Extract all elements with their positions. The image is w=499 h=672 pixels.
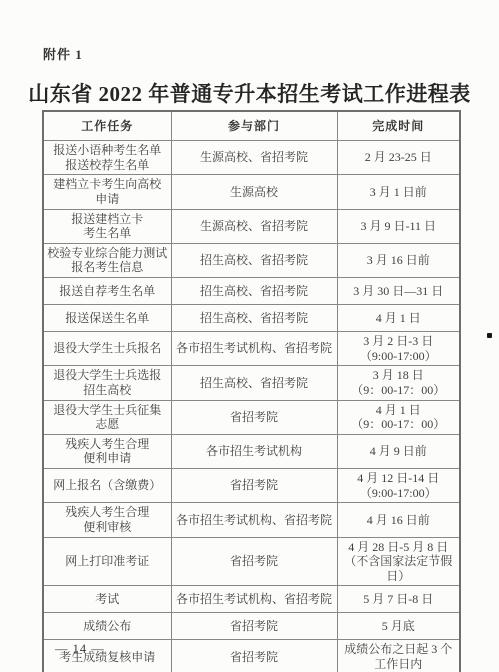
table-row: 建档立卡考生向高校 申请生源高校3 月 1 日前 <box>43 175 460 209</box>
task-cell: 成绩公布 <box>43 613 171 640</box>
table-row: 考试各市招生考试机构、省招考院5 月 7 日-8 日 <box>43 586 460 613</box>
time-cell: 3 月 9 日-11 日 <box>337 209 460 243</box>
task-cell: 退役大学生士兵选报 招生高校 <box>43 366 171 400</box>
table-row: 退役大学生士兵报名各市招生考试机构、省招考院3 月 2 日-3 日 （9:00-… <box>43 332 460 366</box>
department-cell: 生源高校、省招考院 <box>171 141 337 175</box>
department-cell: 生源高校 <box>171 175 337 209</box>
task-cell: 校验专业综合能力测试 报名考生信息 <box>43 243 171 277</box>
task-cell: 报送保送生名单 <box>43 305 171 332</box>
department-cell: 省招考院 <box>171 469 337 503</box>
time-cell: 4 月 1 日 <box>337 305 460 332</box>
time-cell: 4 月 1 日 （9：00-17：00） <box>337 400 460 434</box>
time-cell: 4 月 9 日前 <box>337 434 460 468</box>
time-cell: 4 月 12 日-14 日 （9:00-17:00） <box>337 469 460 503</box>
department-cell: 各市招生考试机构、省招考院 <box>171 503 337 537</box>
table-header-row: 工作任务 参与部门 完成时间 <box>43 111 460 141</box>
task-cell: 网上打印准考证 <box>43 537 171 586</box>
header-task: 工作任务 <box>43 111 171 141</box>
time-cell: 4 月 28 日-5 月 8 日 （不含国家法定节假 日） <box>337 537 460 586</box>
department-cell: 省招考院 <box>171 640 337 672</box>
header-department: 参与部门 <box>171 111 337 141</box>
header-time: 完成时间 <box>337 111 460 141</box>
time-cell: 3 月 16 日前 <box>337 243 460 277</box>
task-cell: 建档立卡考生向高校 申请 <box>43 175 171 209</box>
time-cell: 5 月底 <box>337 613 460 640</box>
time-cell: 4 月 16 日前 <box>337 503 460 537</box>
table-row: 报送保送生名单招生高校、省招考院4 月 1 日 <box>43 305 460 332</box>
task-cell: 报送建档立卡 考生名单 <box>43 209 171 243</box>
page-number: — 14 — <box>55 642 105 657</box>
time-cell: 2 月 23-25 日 <box>337 141 460 175</box>
table-row: 残疾人考生合理 便利审核各市招生考试机构、省招考院4 月 16 日前 <box>43 503 460 537</box>
ink-dot <box>487 333 492 338</box>
table-row: 考生成绩复核申请省招考院成绩公布之日起 3 个 工作日内 <box>43 640 460 672</box>
task-cell: 报送小语种考生名单 报送校荐生名单 <box>43 141 171 175</box>
department-cell: 省招考院 <box>171 400 337 434</box>
department-cell: 招生高校、省招考院 <box>171 278 337 305</box>
table-row: 报送自荐考生名单招生高校、省招考院3 月 30 日—31 日 <box>43 278 460 305</box>
table-row: 报送小语种考生名单 报送校荐生名单生源高校、省招考院2 月 23-25 日 <box>43 141 460 175</box>
time-cell: 5 月 7 日-8 日 <box>337 586 460 613</box>
time-cell: 3 月 2 日-3 日 （9:00-17:00） <box>337 332 460 366</box>
table-row: 成绩公布省招考院5 月底 <box>43 613 460 640</box>
schedule-table: 工作任务 参与部门 完成时间 报送小语种考生名单 报送校荐生名单生源高校、省招考… <box>42 110 461 672</box>
department-cell: 招生高校、省招考院 <box>171 305 337 332</box>
task-cell: 考试 <box>43 586 171 613</box>
task-cell: 网上报名（含缴费） <box>43 469 171 503</box>
time-cell: 3 月 18 日 （9：00-17：00） <box>337 366 460 400</box>
department-cell: 省招考院 <box>171 537 337 586</box>
table-row: 报送建档立卡 考生名单生源高校、省招考院3 月 9 日-11 日 <box>43 209 460 243</box>
table-row: 网上报名（含缴费）省招考院4 月 12 日-14 日 （9:00-17:00） <box>43 469 460 503</box>
department-cell: 招生高校、省招考院 <box>171 366 337 400</box>
department-cell: 招生高校、省招考院 <box>171 243 337 277</box>
department-cell: 各市招生考试机构 <box>171 434 337 468</box>
table-row: 网上打印准考证省招考院4 月 28 日-5 月 8 日 （不含国家法定节假 日） <box>43 537 460 586</box>
department-cell: 生源高校、省招考院 <box>171 209 337 243</box>
time-cell: 成绩公布之日起 3 个 工作日内 <box>337 640 460 672</box>
task-cell: 退役大学生士兵征集 志愿 <box>43 400 171 434</box>
task-cell: 报送自荐考生名单 <box>43 278 171 305</box>
department-cell: 省招考院 <box>171 613 337 640</box>
department-cell: 各市招生考试机构、省招考院 <box>171 586 337 613</box>
department-cell: 各市招生考试机构、省招考院 <box>171 332 337 366</box>
page-title: 山东省 2022 年普通专升本招生考试工作进程表 <box>0 78 499 108</box>
task-cell: 残疾人考生合理 便利审核 <box>43 503 171 537</box>
table-row: 退役大学生士兵征集 志愿省招考院4 月 1 日 （9：00-17：00） <box>43 400 460 434</box>
time-cell: 3 月 30 日—31 日 <box>337 278 460 305</box>
table-body: 报送小语种考生名单 报送校荐生名单生源高校、省招考院2 月 23-25 日建档立… <box>43 141 460 672</box>
time-cell: 3 月 1 日前 <box>337 175 460 209</box>
table-row: 退役大学生士兵选报 招生高校招生高校、省招考院3 月 18 日 （9：00-17… <box>43 366 460 400</box>
document-page: 附件 1 山东省 2022 年普通专升本招生考试工作进程表 工作任务 参与部门 … <box>0 0 499 672</box>
task-cell: 残疾人考生合理 便利申请 <box>43 434 171 468</box>
table-row: 残疾人考生合理 便利申请各市招生考试机构4 月 9 日前 <box>43 434 460 468</box>
attachment-label: 附件 1 <box>43 44 83 63</box>
table-row: 校验专业综合能力测试 报名考生信息招生高校、省招考院3 月 16 日前 <box>43 243 460 277</box>
task-cell: 退役大学生士兵报名 <box>43 332 171 366</box>
